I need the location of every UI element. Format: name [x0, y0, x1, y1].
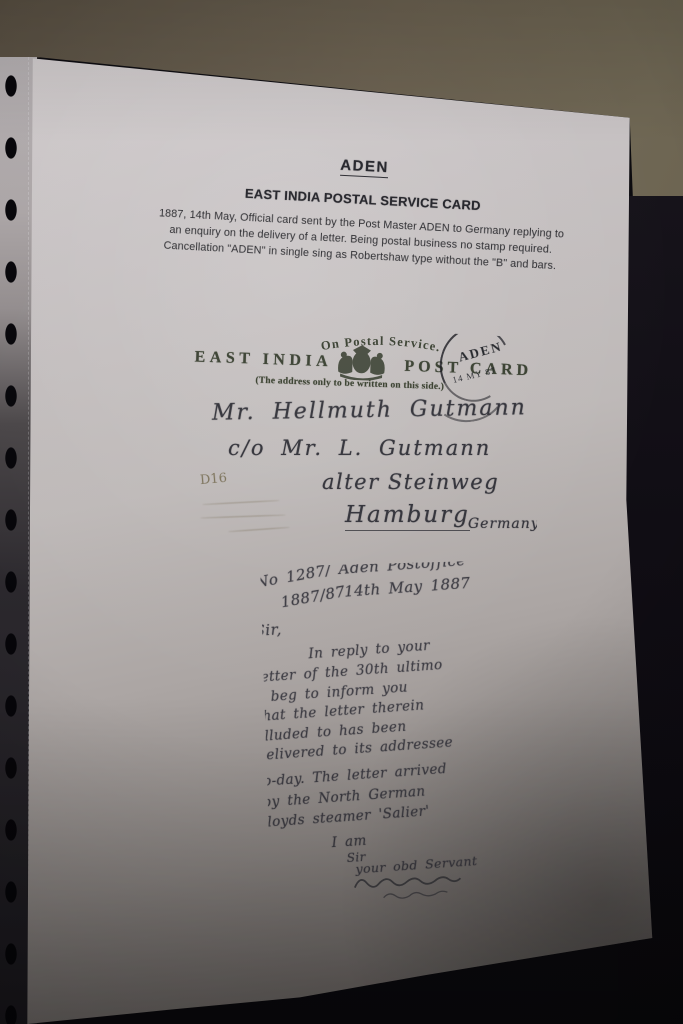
- page-header: ADEN EAST INDIA POSTAL SERVICE CARD 1887…: [125, 146, 600, 276]
- letter-date: 14th May 1887: [344, 574, 471, 601]
- signature-scribble: [348, 864, 468, 908]
- letter-sheet: No 1287/ 1887/87 Aden Postoffice 14th Ma…: [259, 561, 483, 932]
- photo-album-page: ADEN EAST INDIA POSTAL SERVICE CARD 1887…: [0, 0, 683, 1024]
- letter-body-line: letter of the 30th ultimo: [255, 657, 443, 686]
- pencil-catalogue-note: D16: [199, 471, 227, 488]
- postcard: On Postal Service. EAST INDIA POST CARD …: [182, 318, 538, 542]
- letter-closing-line: I am: [331, 833, 367, 851]
- address-line: alter Steinweg: [322, 470, 499, 494]
- letter-handwriting: No 1287/ 1887/87 Aden Postoffice 14th Ma…: [234, 548, 483, 934]
- album-page-sleeve: ADEN EAST INDIA POSTAL SERVICE CARD 1887…: [0, 0, 683, 1024]
- letter-place: Aden Postoffice: [338, 551, 466, 578]
- address-line: c/o Mr. L. Gutmann: [228, 436, 491, 460]
- letter-reference: 1887/87: [279, 582, 346, 611]
- east-india-label: EAST INDIA: [194, 348, 332, 371]
- page-title: ADEN: [340, 157, 389, 179]
- address-city: Hamburg: [345, 502, 470, 531]
- address-country: Germany: [468, 516, 540, 532]
- letter-salutation: Sir,: [254, 620, 282, 640]
- royal-arms-emblem: [330, 343, 393, 381]
